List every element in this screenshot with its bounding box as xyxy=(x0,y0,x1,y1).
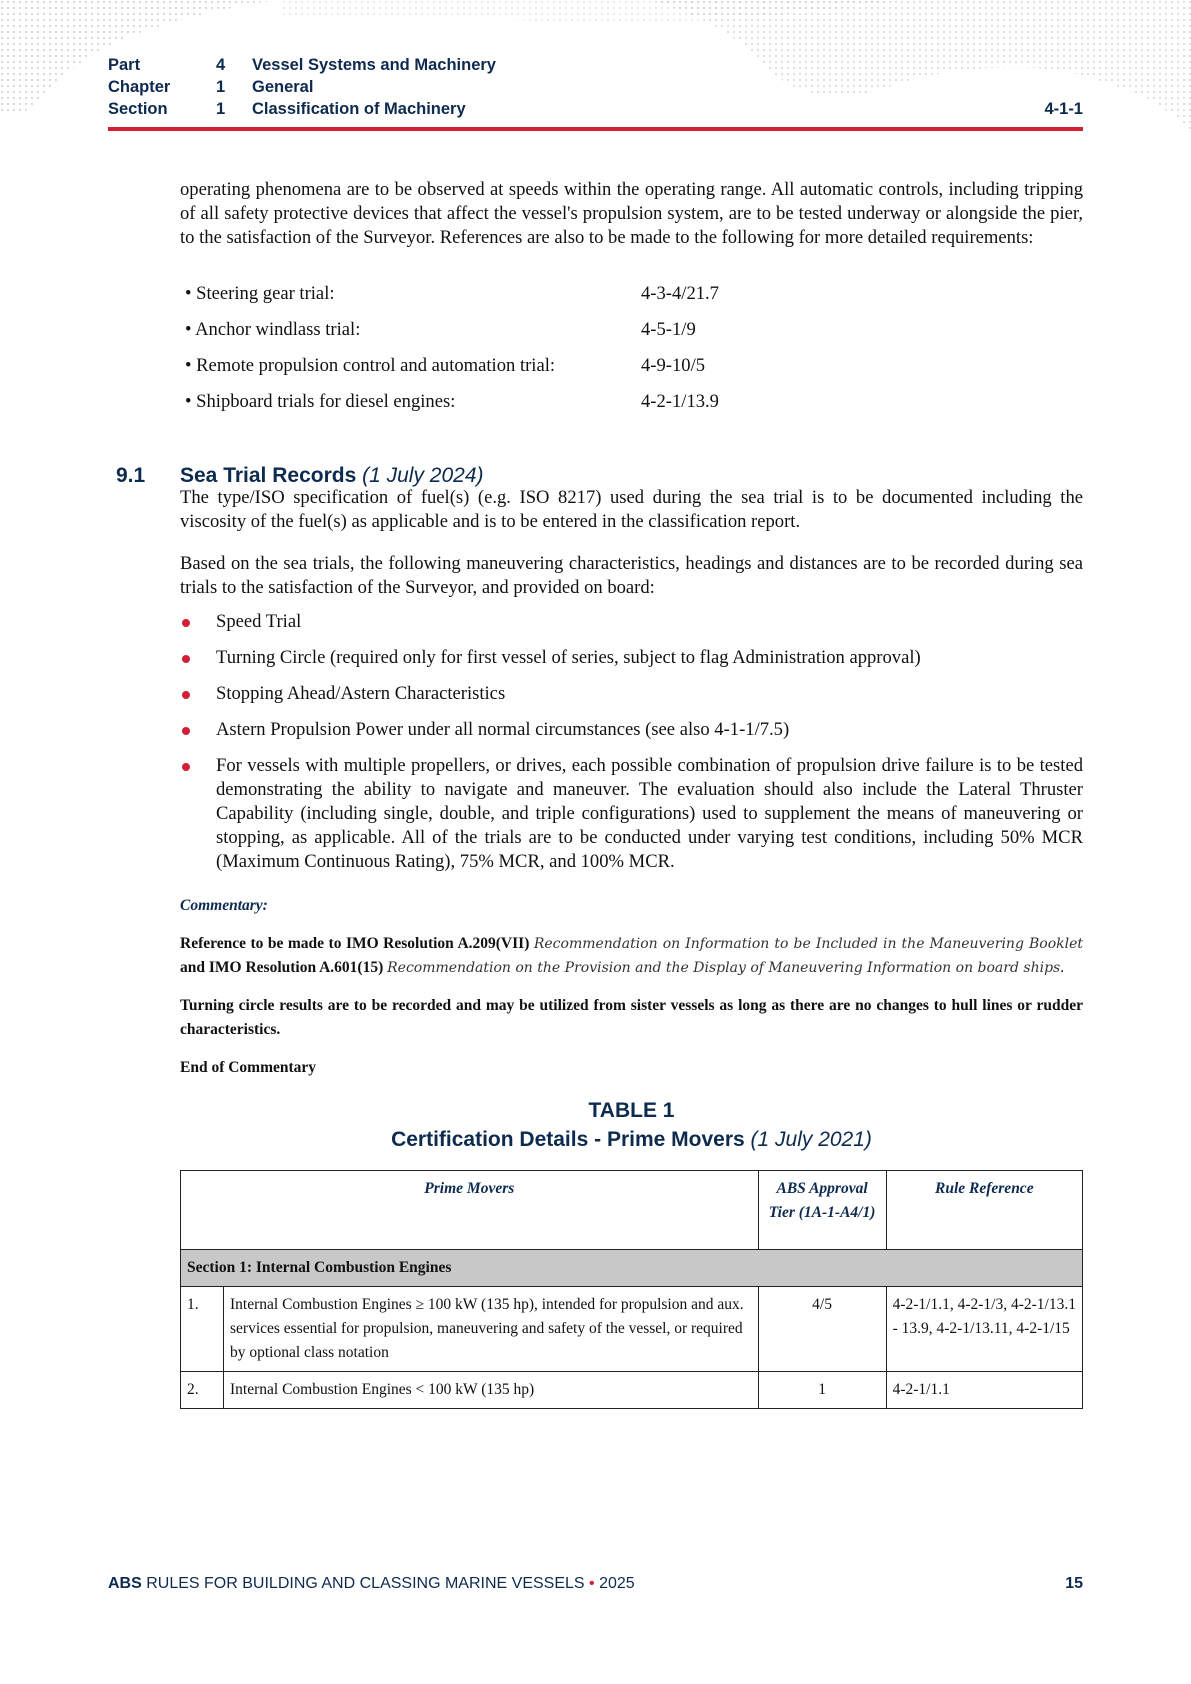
bullet-icon xyxy=(182,763,190,771)
header-title: Vessel Systems and Machinery xyxy=(252,54,496,76)
column-header-rule-reference: Rule Reference xyxy=(886,1171,1082,1250)
reference-list: • Steering gear trial: 4-3-4/21.7 • Anch… xyxy=(180,276,1083,420)
table-date: (1 July 2021) xyxy=(751,1128,872,1151)
reference-label: • Steering gear trial: xyxy=(180,282,641,306)
header-label: Part xyxy=(108,54,216,76)
row-number: 2. xyxy=(181,1372,224,1409)
header-number: 1 xyxy=(216,76,252,98)
table-row: 1. Internal Combustion Engines ≥ 100 kW … xyxy=(181,1287,1083,1372)
table-title-text: Certification Details - Prime Movers xyxy=(391,1128,745,1151)
reference-label: • Remote propulsion control and automati… xyxy=(180,354,641,378)
commentary-heading: Commentary: xyxy=(180,894,1083,918)
commentary-text: . xyxy=(1060,959,1064,976)
header-part-row: Part 4 Vessel Systems and Machinery xyxy=(108,54,1083,76)
footer-title: RULES FOR BUILDING AND CLASSING MARINE V… xyxy=(146,1575,584,1592)
header-title: General xyxy=(252,76,313,98)
header-label: Section xyxy=(108,98,216,120)
footer-separator: • xyxy=(589,1575,595,1592)
reference-label: • Shipboard trials for diesel engines: xyxy=(180,390,641,414)
section-title: Sea Trial Records (1 July 2024) xyxy=(180,464,484,488)
commentary-title: Recommendation on the Provision and the … xyxy=(387,960,1060,976)
row-description: Internal Combustion Engines ≥ 100 kW (13… xyxy=(224,1287,759,1372)
section-title-text: Sea Trial Records xyxy=(180,464,356,487)
table-title: Certification Details - Prime Movers (1 … xyxy=(180,1125,1083,1154)
list-item: For vessels with multiple propellers, or… xyxy=(180,754,1083,874)
section-paragraph-1: The type/ISO specification of fuel(s) (e… xyxy=(180,486,1083,534)
row-description: Internal Combustion Engines < 100 kW (13… xyxy=(224,1372,759,1409)
page-body: operating phenomena are to be observed a… xyxy=(180,178,1083,1409)
bullet-icon xyxy=(182,691,190,699)
reference-item: • Remote propulsion control and automati… xyxy=(180,348,1083,384)
reference-link[interactable]: 4-2-1/13.9 xyxy=(641,390,719,414)
commentary-paragraph-1: Reference to be made to IMO Resolution A… xyxy=(180,932,1083,980)
section-code: 4-1-1 xyxy=(1044,98,1083,120)
footer-year: 2025 xyxy=(599,1575,635,1592)
reference-item: • Shipboard trials for diesel engines: 4… xyxy=(180,384,1083,420)
page-header: Part 4 Vessel Systems and Machinery Chap… xyxy=(108,54,1083,120)
header-number: 1 xyxy=(216,98,252,120)
list-item-text: Turning Circle (required only for first … xyxy=(216,647,921,668)
list-item-text: Stopping Ahead/Astern Characteristics xyxy=(216,683,505,704)
list-item-text: Astern Propulsion Power under all normal… xyxy=(216,719,789,740)
table-row: 2. Internal Combustion Engines < 100 kW … xyxy=(181,1372,1083,1409)
section-date: (1 July 2024) xyxy=(362,464,483,487)
table-header-row: Prime Movers ABS Approval Tier (1A-1-A4/… xyxy=(181,1171,1083,1250)
bullet-icon xyxy=(182,655,190,663)
list-item: Astern Propulsion Power under all normal… xyxy=(180,718,1083,742)
section-number: 9.1 xyxy=(116,464,145,488)
reference-link[interactable]: 4-3-4/21.7 xyxy=(641,282,719,306)
list-item-text: For vessels with multiple propellers, or… xyxy=(216,755,1083,872)
commentary-title: Recommendation on Information to be Incl… xyxy=(534,936,1083,952)
page-number: 15 xyxy=(1065,1575,1083,1593)
page-footer: ABS RULES FOR BUILDING AND CLASSING MARI… xyxy=(108,1575,1083,1593)
row-tier: 4/5 xyxy=(758,1287,886,1372)
reference-item: • Anchor windlass trial: 4-5-1/9 xyxy=(180,312,1083,348)
column-header-approval-tier: ABS Approval Tier (1A-1-A4/1) xyxy=(758,1171,886,1250)
reference-link[interactable]: 4-9-10/5 xyxy=(641,354,705,378)
row-reference: 4-2-1/1.1 xyxy=(886,1372,1082,1409)
header-number: 4 xyxy=(216,54,252,76)
reference-label: • Anchor windlass trial: xyxy=(180,318,641,342)
reference-link[interactable]: 4-5-1/9 xyxy=(641,318,696,342)
list-item: Stopping Ahead/Astern Characteristics xyxy=(180,682,1083,706)
reference-item: • Steering gear trial: 4-3-4/21.7 xyxy=(180,276,1083,312)
commentary-text: and IMO Resolution A.601(15) xyxy=(180,959,387,976)
row-tier: 1 xyxy=(758,1372,886,1409)
list-item: Turning Circle (required only for first … xyxy=(180,646,1083,670)
intro-paragraph: operating phenomena are to be observed a… xyxy=(180,178,1083,250)
header-divider xyxy=(108,127,1083,131)
header-chapter-row: Chapter 1 General xyxy=(108,76,1083,98)
list-item: Speed Trial xyxy=(180,610,1083,634)
commentary-text: Reference to be made to IMO Resolution A… xyxy=(180,935,534,952)
footer-brand: ABS xyxy=(108,1575,142,1592)
table-label: TABLE 1 xyxy=(180,1096,1083,1125)
section-label: Section 1: Internal Combustion Engines xyxy=(181,1250,1083,1287)
list-item-text: Speed Trial xyxy=(216,611,301,632)
header-title: Classification of Machinery xyxy=(252,98,466,120)
row-number: 1. xyxy=(181,1287,224,1372)
maneuvering-list: Speed Trial Turning Circle (required onl… xyxy=(180,610,1083,874)
prime-movers-table: Prime Movers ABS Approval Tier (1A-1-A4/… xyxy=(180,1170,1083,1409)
end-of-commentary: End of Commentary xyxy=(180,1056,1083,1080)
commentary-paragraph-2: Turning circle results are to be recorde… xyxy=(180,994,1083,1042)
header-section-row: Section 1 Classification of Machinery xyxy=(108,98,1083,120)
section-paragraph-2: Based on the sea trials, the following m… xyxy=(180,552,1083,600)
header-label: Chapter xyxy=(108,76,216,98)
bullet-icon xyxy=(182,619,190,627)
column-header-prime-movers: Prime Movers xyxy=(181,1171,759,1250)
bullet-icon xyxy=(182,727,190,735)
row-reference: 4-2-1/1.1, 4-2-1/3, 4-2-1/13.1 - 13.9, 4… xyxy=(886,1287,1082,1372)
table-section-row: Section 1: Internal Combustion Engines xyxy=(181,1250,1083,1287)
